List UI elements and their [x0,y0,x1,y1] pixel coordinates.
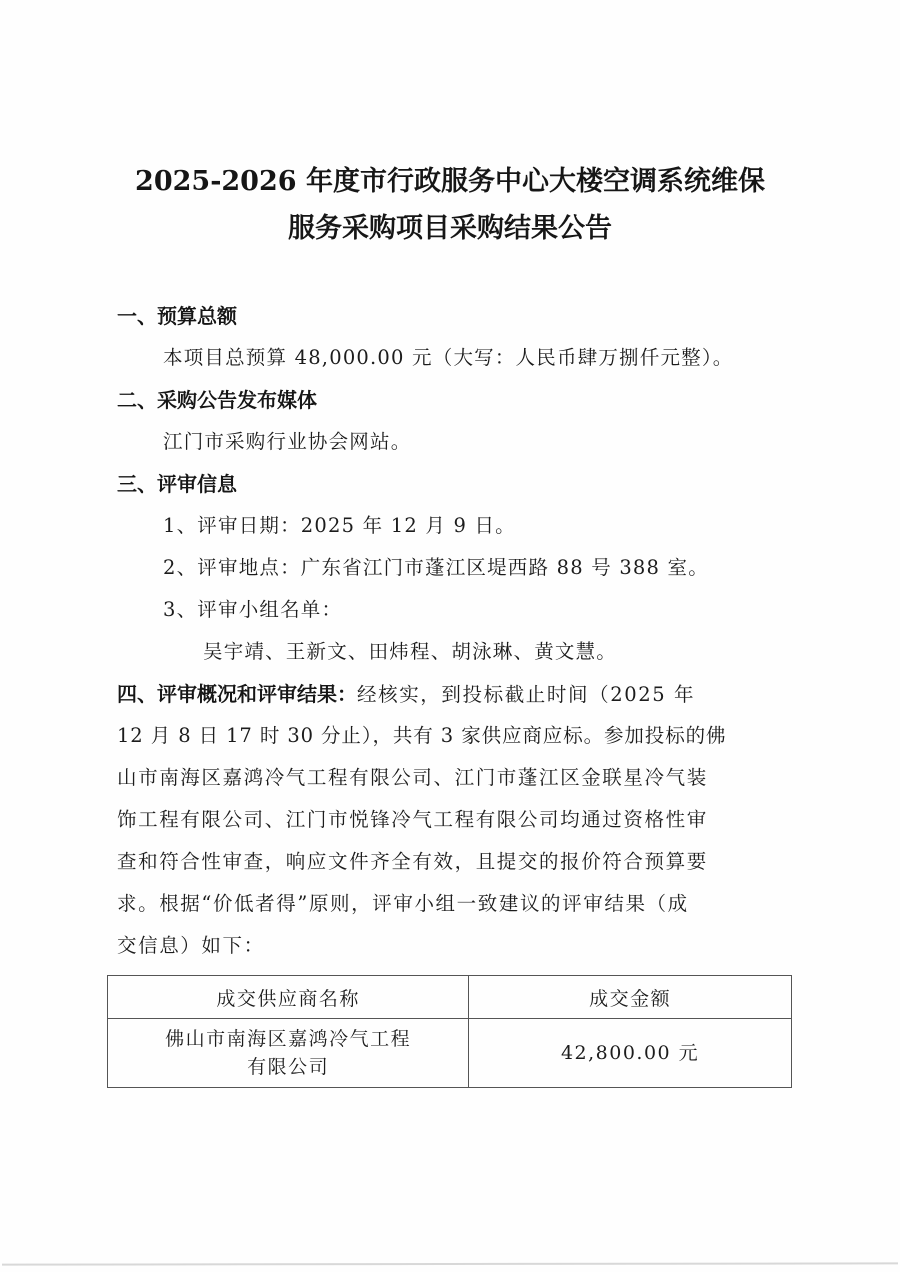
review-summary-line-5: 查和符合性审查，响应文件齐全有效，且提交的报价符合预算要 [117,846,708,874]
review-summary-line-3: 山市南海区嘉鸿冷气工程有限公司、江门市蓬江区金联星冷气装 [117,762,708,790]
review-summary-line-1: 四、评审概况和评审结果：经核实，到投标截止时间（2025 年 [117,678,695,707]
review-summary-line-7: 交信息）如下： [117,930,265,958]
section-heading-media: 二、采购公告发布媒体 [117,384,317,413]
section-heading-review-info: 三、评审信息 [117,468,237,497]
header-supplier-name: 成交供应商名称 [108,976,469,1019]
review-summary-line-4: 饰工程有限公司、江门市悦锋冷气工程有限公司均通过资格性审 [117,804,708,832]
header-amount: 成交金额 [469,976,792,1019]
document-title-line-1: 2025-2026 年度市行政服务中心大楼空调系统维保 [0,159,900,198]
review-location: 2、评审地点：广东省江门市蓬江区堤西路 88 号 388 室。 [163,552,709,580]
review-summary-line-6: 求。根据“价低者得”原则，评审小组一致建议的评审结果（成 [117,888,689,916]
document-page: 2025-2026 年度市行政服务中心大楼空调系统维保 服务采购项目采购结果公告… [0,0,900,1272]
scan-edge-line [2,1262,898,1265]
review-panel-members: 吴宇靖、王新文、田炜程、胡泳琳、黄文慧。 [203,636,617,664]
review-date: 1、评审日期：2025 年 12 月 9 日。 [163,510,516,538]
review-summary-line-2: 12 月 8 日 17 时 30 分止），共有 3 家供应商应标。参加投标的佛 [117,720,726,748]
budget-text: 本项目总预算 48,000.00 元（大写：人民币肆万捌仟元整）。 [163,342,734,370]
cell-amount: 42,800.00 元 [469,1019,792,1088]
review-panel-label: 3、评审小组名单： [163,594,342,622]
result-table: 成交供应商名称 成交金额 佛山市南海区嘉鸿冷气工程 有限公司 42,800.00… [107,975,792,1088]
table-row: 佛山市南海区嘉鸿冷气工程 有限公司 42,800.00 元 [108,1019,792,1088]
result-table-header: 成交供应商名称 成交金额 [108,976,792,1019]
section-heading-budget: 一、预算总额 [117,300,237,329]
media-text: 江门市采购行业协会网站。 [163,426,411,454]
document-title-line-2: 服务采购项目采购结果公告 [0,206,900,245]
section-heading-review-result: 四、评审概况和评审结果： [117,682,357,706]
cell-supplier-name: 佛山市南海区嘉鸿冷气工程 有限公司 [108,1019,469,1088]
